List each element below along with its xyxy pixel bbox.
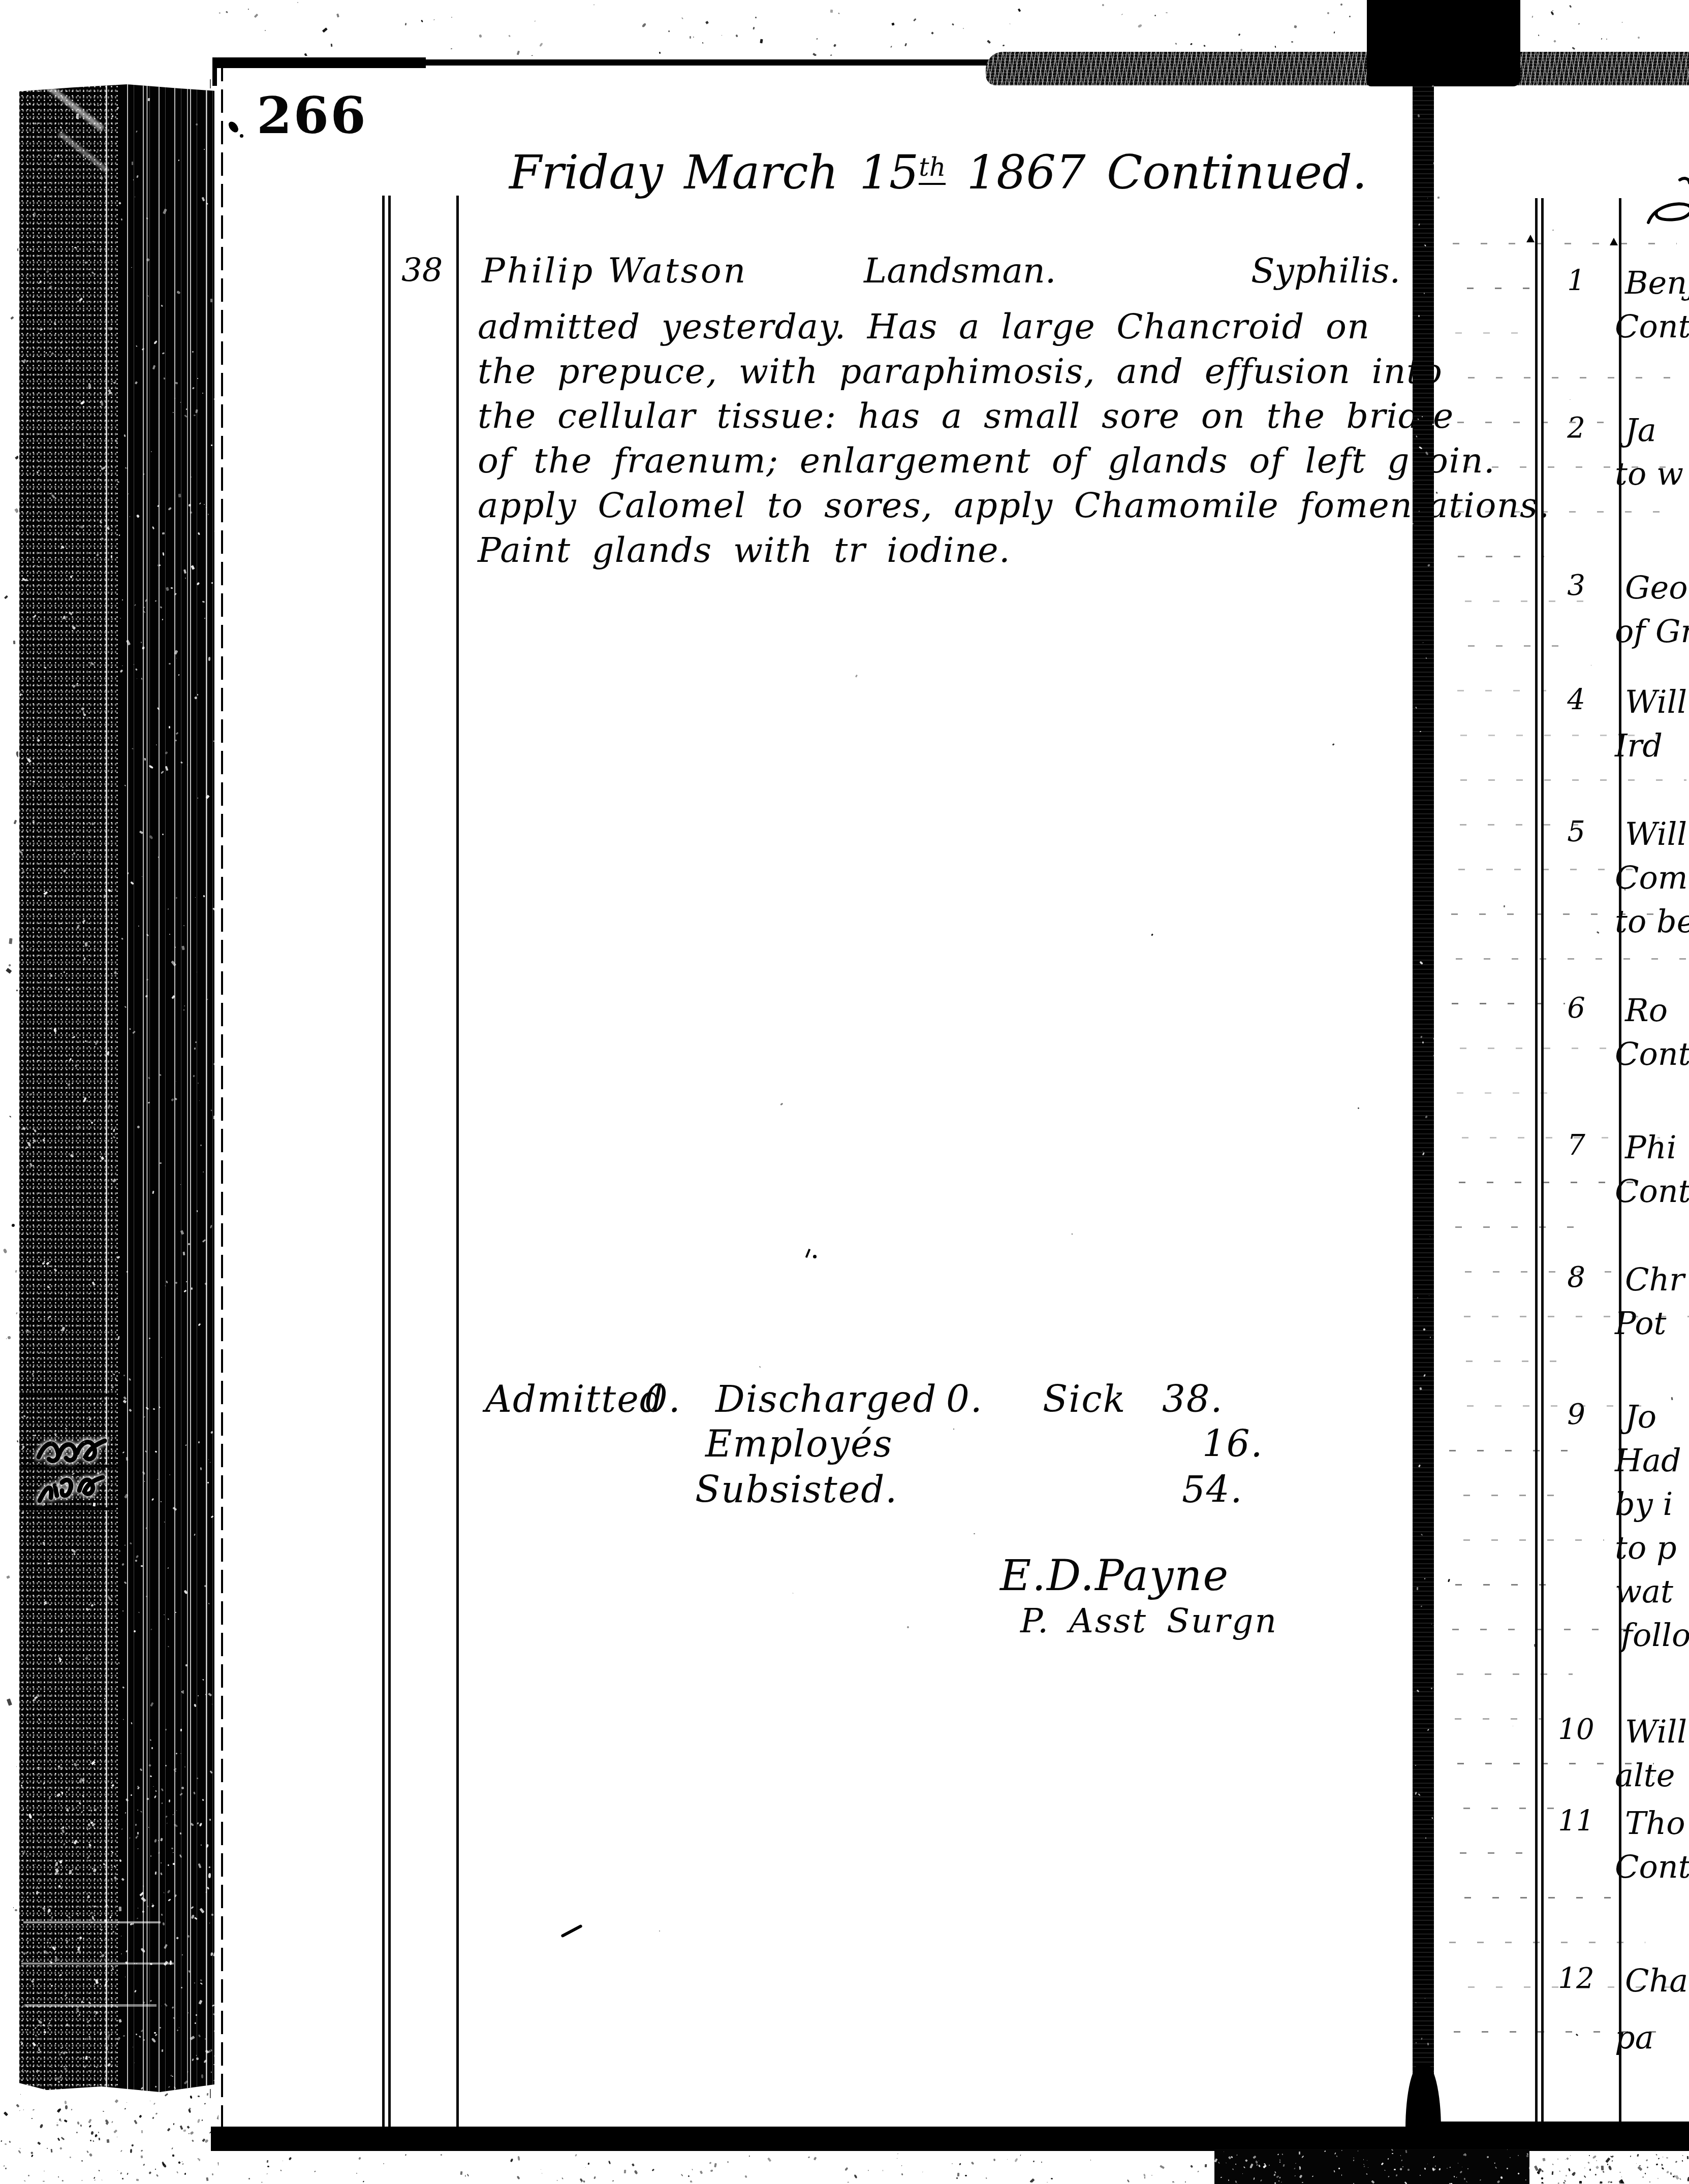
patient-diagnosis: Syphilis. [1251, 251, 1400, 291]
scan-bottom-blob [1214, 2149, 1529, 2184]
noise-below-binding [0, 2092, 218, 2181]
left-binding-band [19, 84, 214, 2092]
scanned-ledger-page: { "scan": { "page_number": "266", "heade… [0, 0, 1689, 2184]
patient-name: Philip Watson [482, 251, 747, 291]
page-noise [305, 660, 1372, 1981]
patient-rating: Landsman. [864, 251, 1056, 291]
facing-noise [1434, 152, 1689, 2083]
left-margin-ticks [3, 152, 18, 2058]
blob-noise [1214, 2149, 1529, 2184]
page-number: 266 [257, 85, 367, 145]
scan-bottom-band [211, 2127, 1689, 2151]
noise-bottom-left [218, 2153, 1209, 2182]
header-ordinal: th [919, 152, 946, 185]
page-left-edge-line-faint [210, 76, 211, 2098]
note-line: the cellular tissue: has a small sore on… [478, 394, 1550, 439]
header-date: Friday March 15 [509, 145, 919, 200]
page-top-edge-thin [406, 59, 1006, 66]
header-year-continued: 1867 Continued. [967, 145, 1367, 200]
facing-page-bottom-edge [1434, 2122, 1689, 2127]
page-left-edge-line [221, 65, 223, 2129]
gutter-noise [1413, 84, 1434, 2127]
page-corner-edge [212, 57, 217, 86]
journal-date-header: Friday March 15th 1867 Continued. [509, 145, 1367, 200]
noise-bottom-right [1532, 2154, 1689, 2183]
page-top-edge [212, 57, 426, 68]
note-line: Paint glands with tr iodine. [478, 528, 1550, 573]
ink-blot-dot [240, 134, 243, 138]
facing-page: 1 Benj Conti 2 Ja to w 3 Geo of Gr 4 Wil… [1434, 0, 1689, 2184]
ink-blot [227, 120, 240, 134]
note-line: admitted yesterday. Has a large Chancroi… [478, 305, 1550, 350]
note-line: apply Calomel to sores, apply Chamomile … [478, 484, 1550, 528]
noise-top-margin [218, 2, 1362, 56]
case-number: 38 [401, 252, 443, 290]
note-line: the prepuce, with paraphimosis, and effu… [478, 350, 1550, 394]
note-line: of the fraenum; enlargement of glands of… [478, 439, 1550, 484]
book-gutter-shadow [1413, 84, 1434, 2127]
binding-noise-dense [19, 1761, 214, 2091]
case-notes: admitted yesterday. Has a large Chancroi… [478, 305, 1550, 573]
